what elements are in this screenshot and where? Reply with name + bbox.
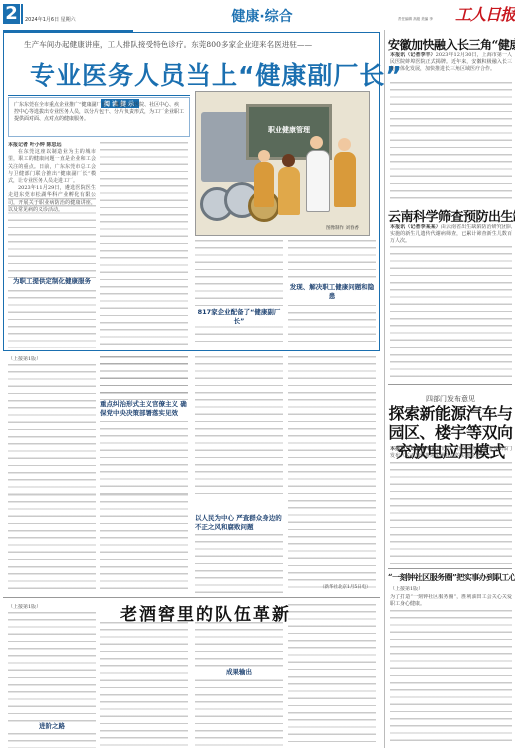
middle-end-note: （新华社北京1月5日电） [320, 584, 380, 591]
worker-figure [334, 152, 356, 207]
right-article-4-lead: 为了打造“一刻钟社区服务圈”，胜利油田工会关心关爱职工身心健康。 [390, 594, 512, 608]
bottom-column-text [8, 612, 96, 722]
right-article-4-source: （上接第1版） [390, 586, 512, 593]
bottom-column-text [100, 622, 188, 748]
worker-head [282, 154, 295, 167]
bottom-subhead: 成果输出 [195, 668, 283, 677]
worker-figure [278, 167, 300, 215]
middle-source-label: （上接第1版） [8, 356, 41, 362]
right-article-1-byline: 本报讯（记者李丰） [390, 52, 436, 58]
illustration-caption: 图像制作 刘春香 [326, 225, 359, 231]
middle-column-text [8, 364, 96, 494]
lead-headline[interactable]: 专业医务人员当上“健康副厂长” [30, 56, 375, 92]
lead-column-text [8, 198, 96, 278]
lead-kicker: 生产车间办起健康讲座，工人排队接受特色诊疗。东莞800多家企业迎来名医进驻—— [24, 39, 312, 50]
doctor-figure [306, 150, 330, 212]
right-article-4-body [390, 610, 512, 746]
lead-column-text [8, 290, 96, 348]
lead-paragraph: 在东莞这座以制造业为主的城市里，职工的健康问题一直是企业和工会关注的重点。日前，… [8, 149, 96, 185]
middle-column-text [100, 356, 188, 396]
middle-column-text [195, 356, 283, 494]
lead-illustration[interactable]: 职业健康管理 图像制作 刘春香 [195, 91, 370, 236]
newspaper-masthead: 工人日报 [455, 2, 515, 25]
right-article-3-lead: 本报讯（记者李丰某）近日，国家发展改革委等4部门发布《关于加快推进车网互动的实施… [390, 446, 512, 460]
lead-column-text [100, 142, 188, 348]
middle-subhead: 重点纠治形式主义官僚主义 确保党中央决策部署落实见效 [100, 400, 188, 418]
page-number: 2 [3, 4, 20, 24]
worker-head [258, 150, 270, 162]
middle-column-text [100, 494, 188, 594]
right-article-2-body [390, 246, 512, 378]
bottom-column-text [195, 622, 283, 748]
middle-column-text [288, 356, 376, 588]
right-article-3-byline: 本报讯（记者李丰某） [390, 446, 442, 452]
bottom-subhead: 进阶之路 [8, 722, 96, 731]
right-article-2-headline[interactable]: 云南科学筛查预防出生缺陷 [388, 206, 513, 225]
right-article-1-headline[interactable]: 安徽加快融入长三角“健康圈” [388, 36, 513, 53]
lead-subhead: 为职工提供定制化健康服务 [8, 277, 96, 286]
bottom-column-text [8, 733, 96, 748]
doctor-head [310, 136, 323, 149]
lead-subhead: 发现、解决职工健康问题和隐患 [288, 283, 376, 301]
middle-source: （上接第1版） [8, 356, 96, 363]
lead-column-text [195, 240, 283, 348]
board-text: 职业健康管理 [249, 125, 329, 135]
middle-subhead: 以人民为中心 严查群众身边的不正之风和腐败问题 [195, 514, 283, 532]
right-article-3-body [390, 462, 512, 564]
section-title: 健康·综合 [222, 6, 302, 26]
middle-column-text [8, 494, 96, 594]
middle-column-text [195, 534, 283, 594]
worker-head [338, 138, 351, 151]
right-article-4-headline[interactable]: “一刻钟社区服务圈”把实事办到职工心坎上 [388, 572, 513, 583]
right-article-3-kicker: 四部门发布意见 [388, 394, 513, 404]
right-article-1-lead: 本报讯（记者李丰）2023年12月30日，上海市第一人民医院蚌埠医院正式揭牌。近… [390, 52, 512, 74]
section-divider [388, 384, 512, 385]
bottom-column-text [288, 604, 376, 748]
right-article-2-byline: 本报讯（记者李某某） [390, 224, 441, 230]
issue-date: 2024年1月6日 星期六 [25, 16, 76, 23]
bottom-source: （上接第1版） [8, 604, 96, 611]
bottom-source-label: （上接第1版） [8, 604, 41, 610]
section-divider [388, 568, 512, 569]
lead-subhead: 817家企业配备了“健康副厂长” [195, 308, 283, 326]
page-number-bar [21, 4, 23, 24]
column-divider [384, 30, 385, 748]
editor-credits: 责任编辑 高级 美编 李 [398, 17, 433, 22]
section-divider [3, 597, 380, 598]
summary-box: 广东东莞在全市重点企业推广“健康副厂长”，遴选公立医院、社区中心、疾控中心等选拔… [8, 97, 190, 137]
right-article-1-body [390, 82, 512, 202]
worker-figure [254, 162, 274, 207]
right-article-2-lead: 本报讯（记者李某某）由云南省出生缺陷防治研究团队实施的新生儿遗传代谢病筛查，已累… [390, 224, 512, 246]
